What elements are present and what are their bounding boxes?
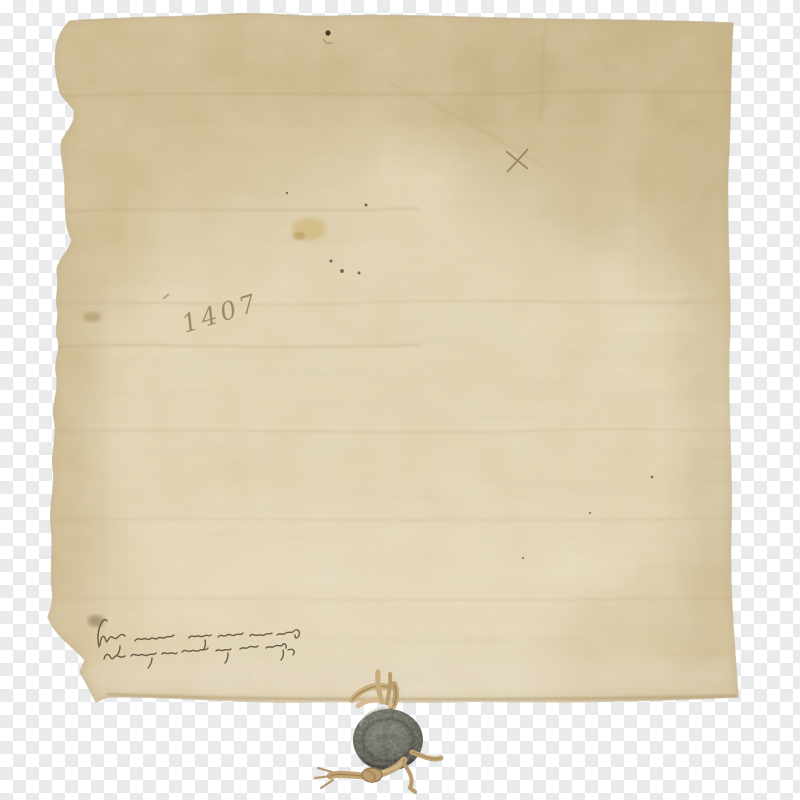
cord-strand-right bbox=[404, 764, 415, 792]
wax-seal-texture bbox=[348, 704, 430, 776]
parchment-sheet: 1407 bbox=[30, 0, 800, 735]
parchment-shading bbox=[30, 0, 800, 735]
wax-seal bbox=[348, 704, 430, 776]
transparency-checkerboard-background: 1407 bbox=[0, 0, 800, 800]
parchment-charter-image: 1407 bbox=[0, 0, 800, 800]
